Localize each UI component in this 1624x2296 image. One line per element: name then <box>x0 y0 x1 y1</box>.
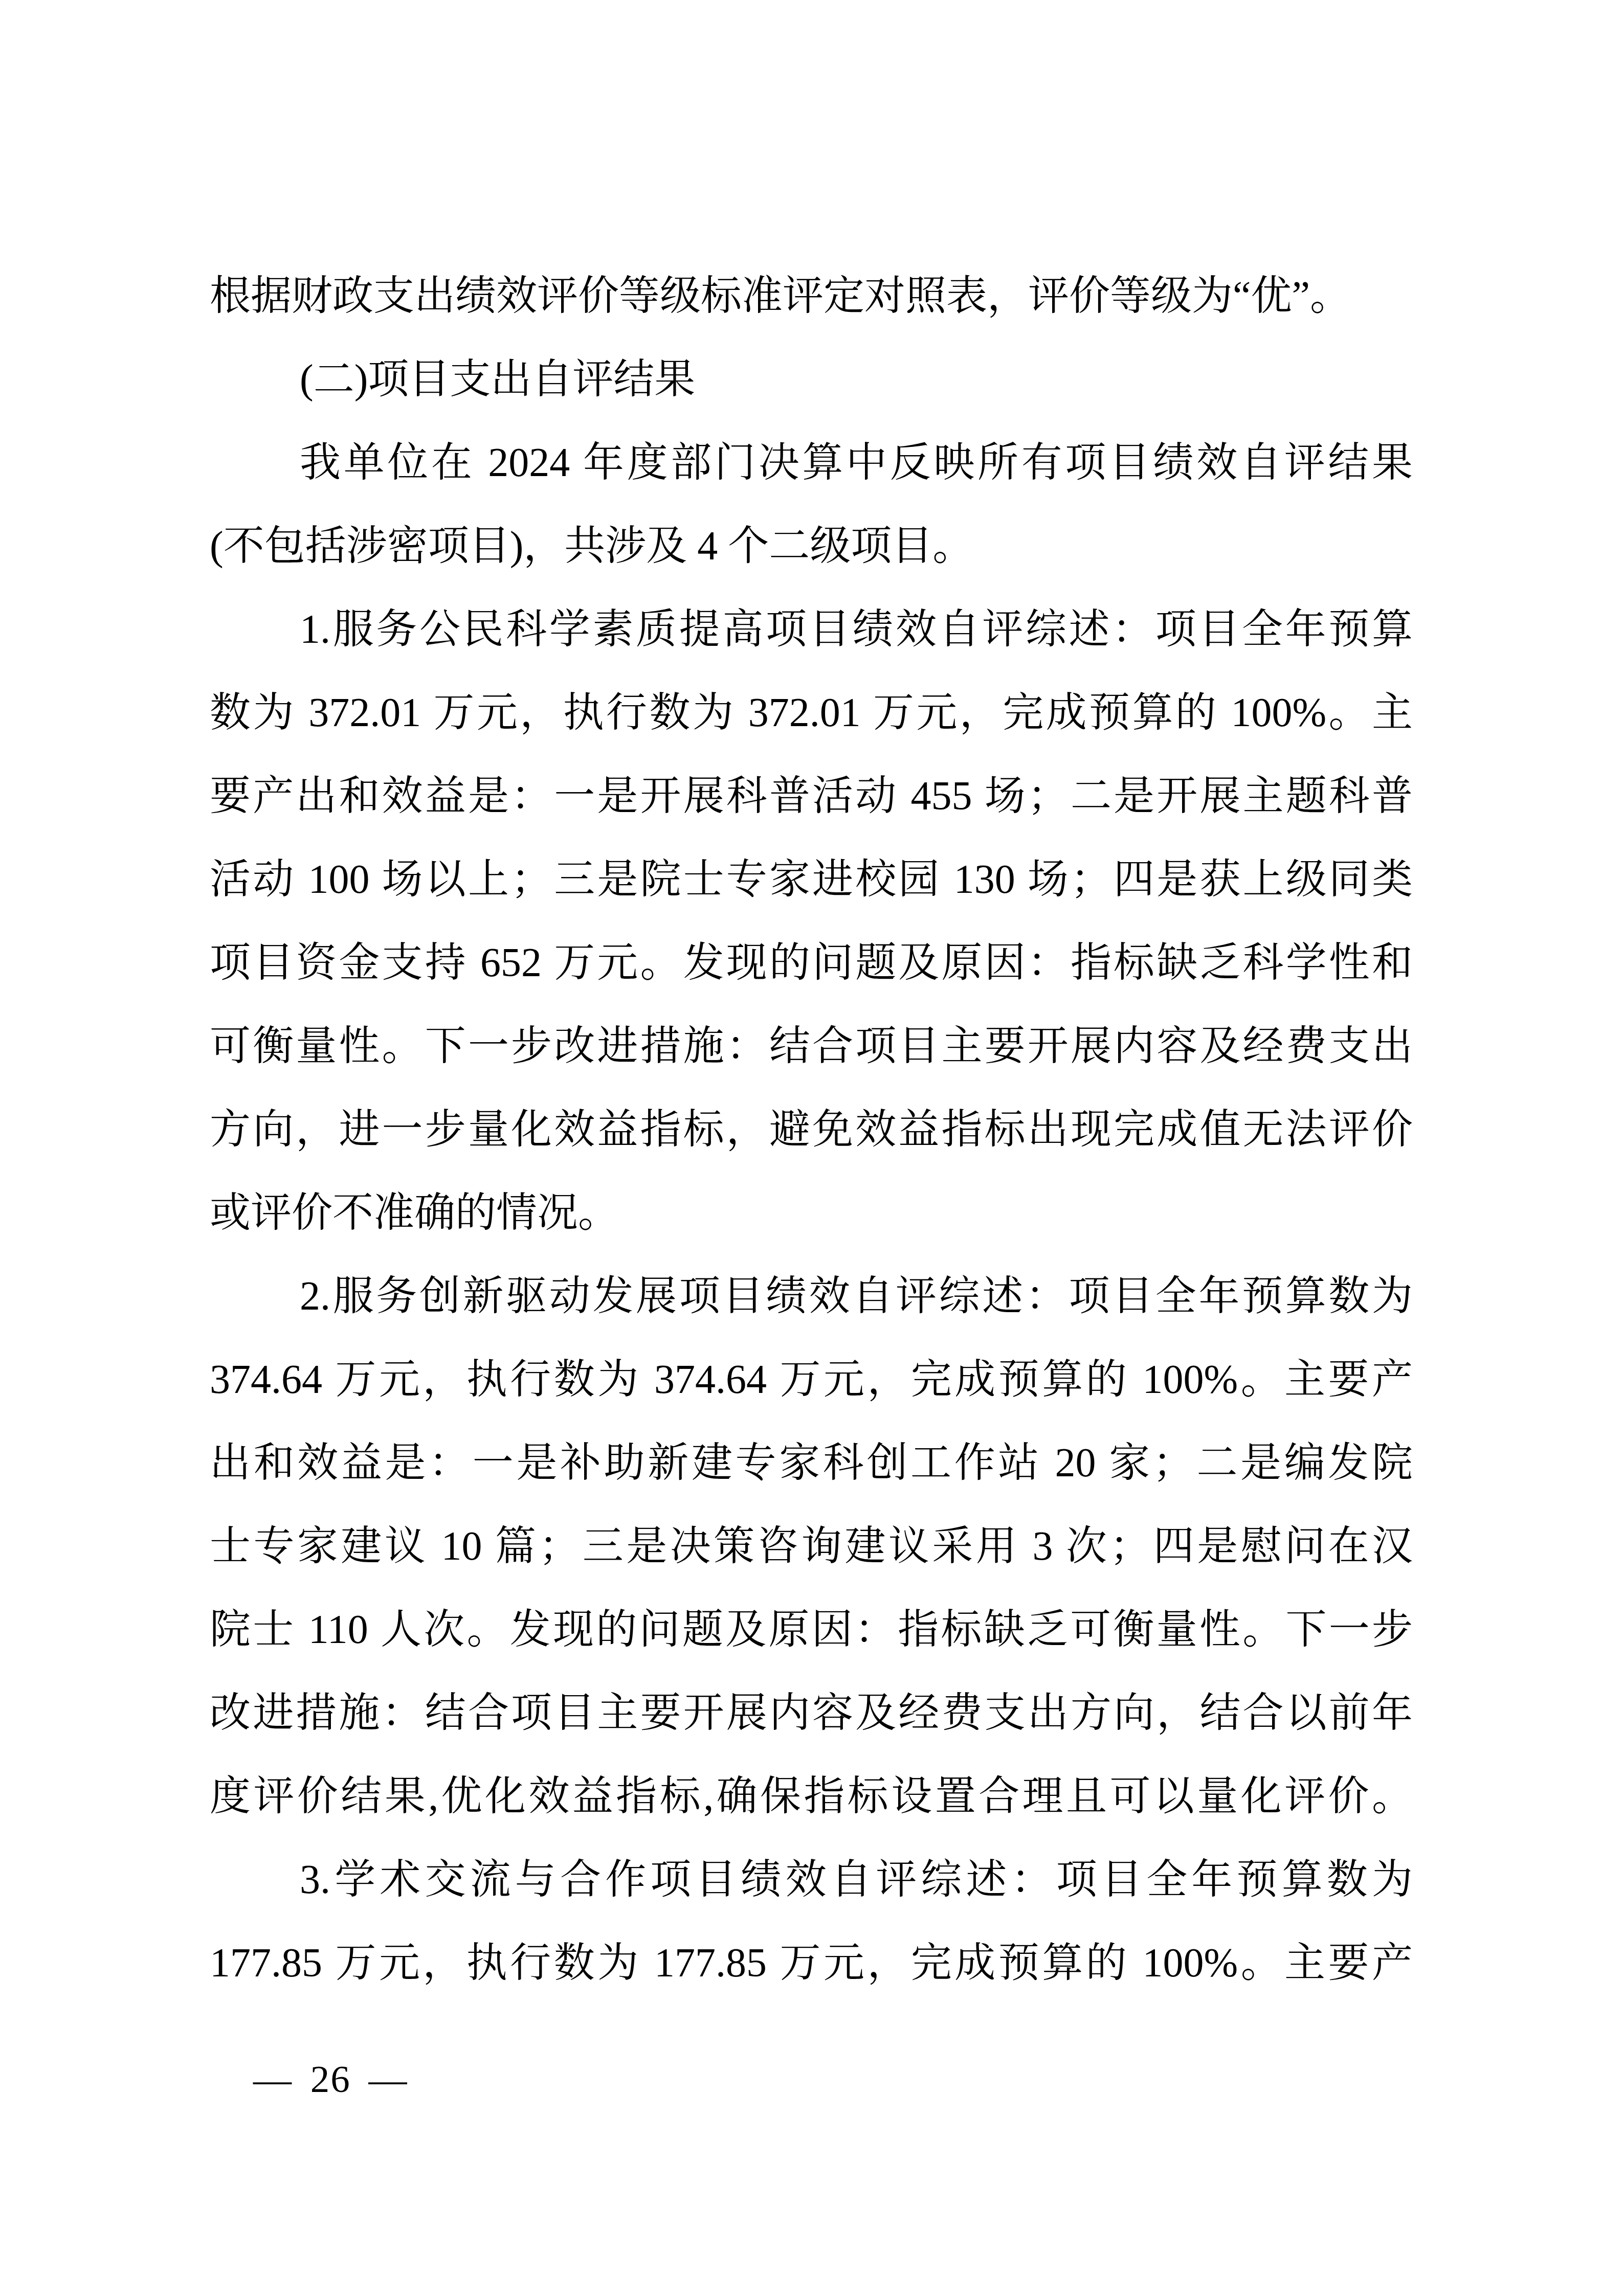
text-line: 3.学术交流与合作项目绩效自评综述：项目全年预算数为 <box>210 1838 1413 1922</box>
document-page: 根据财政支出绩效评价等级标准评定对照表，评价等级为“优”。(二)项目支出自评结果… <box>0 0 1624 2296</box>
text-line: 或评价不准确的情况。 <box>210 1172 1413 1255</box>
text-line: (不包括涉密项目)，共涉及 4 个二级项目。 <box>210 505 1413 588</box>
document-body: 根据财政支出绩效评价等级标准评定对照表，评价等级为“优”。(二)项目支出自评结果… <box>210 255 1413 2005</box>
text-line: 1.服务公民科学素质提高项目绩效自评综述：项目全年预算 <box>210 588 1413 671</box>
text-line: 我单位在 2024 年度部门决算中反映所有项目绩效自评结果 <box>210 421 1413 505</box>
text-line: 出和效益是：一是补助新建专家科创工作站 20 家；二是编发院 <box>210 1422 1413 1505</box>
page-number: — 26 — <box>253 2058 408 2101</box>
text-line: 要产出和效益是：一是开展科普活动 455 场；二是开展主题科普 <box>210 755 1413 838</box>
text-line: 数为 372.01 万元，执行数为 372.01 万元，完成预算的 100%。主 <box>210 671 1413 755</box>
text-line: 活动 100 场以上；三是院士专家进校园 130 场；四是获上级同类 <box>210 838 1413 921</box>
page-footer: — 26 — <box>253 2057 408 2103</box>
text-line: 2.服务创新驱动发展项目绩效自评综述：项目全年预算数为 <box>210 1255 1413 1338</box>
text-line: 可衡量性。下一步改进措施：结合项目主要开展内容及经费支出 <box>210 1005 1413 1088</box>
text-line: 374.64 万元，执行数为 374.64 万元，完成预算的 100%。主要产 <box>210 1338 1413 1422</box>
text-line: 项目资金支持 652 万元。发现的问题及原因：指标缺乏科学性和 <box>210 921 1413 1005</box>
text-line: 方向，进一步量化效益指标，避免效益指标出现完成值无法评价 <box>210 1088 1413 1172</box>
text-line: 根据财政支出绩效评价等级标准评定对照表，评价等级为“优”。 <box>210 255 1413 338</box>
text-line: 改进措施：结合项目主要开展内容及经费支出方向，结合以前年 <box>210 1672 1413 1755</box>
text-line: 士专家建议 10 篇；三是决策咨询建议采用 3 次；四是慰问在汉 <box>210 1505 1413 1588</box>
text-line: 177.85 万元，执行数为 177.85 万元，完成预算的 100%。主要产 <box>210 1922 1413 2005</box>
text-line: 度评价结果,优化效益指标,确保指标设置合理且可以量化评价。 <box>210 1755 1413 1838</box>
text-line: 院士 110 人次。发现的问题及原因：指标缺乏可衡量性。下一步 <box>210 1588 1413 1672</box>
text-line: (二)项目支出自评结果 <box>210 338 1413 421</box>
